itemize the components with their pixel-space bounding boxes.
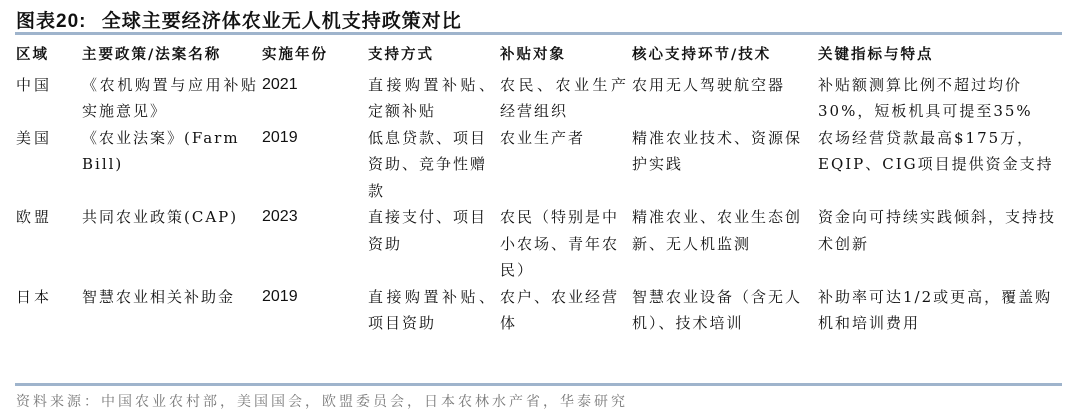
cell-target: 农民、农业生产经营组织 bbox=[498, 72, 630, 125]
cell-year: 2023 bbox=[260, 204, 366, 284]
table-row: 欧盟 共同农业政策(CAP) 2023 直接支付、项目资助 农民（特别是中小农场… bbox=[14, 204, 1064, 284]
title-rule bbox=[15, 32, 1062, 35]
figure-number: 20: bbox=[56, 11, 86, 32]
cell-policy: 智慧农业相关补助金 bbox=[80, 284, 260, 337]
cell-key: 补助率可达1/2或更高，覆盖购机和培训费用 bbox=[816, 284, 1064, 337]
header-key: 关键指标与特点 bbox=[816, 38, 1064, 72]
policy-comparison-table: 区域 主要政策/法案名称 实施年份 支持方式 补贴对象 核心支持环节/技术 关键… bbox=[14, 38, 1064, 337]
cell-target: 农业生产者 bbox=[498, 125, 630, 205]
cell-policy: 《农业法案》(Farm Bill) bbox=[80, 125, 260, 205]
cell-tech: 智慧农业设备（含无人机）、技术培训 bbox=[630, 284, 816, 337]
cell-target: 农户、农业经营体 bbox=[498, 284, 630, 337]
table-row: 日本 智慧农业相关补助金 2019 直接购置补贴、项目资助 农户、农业经营体 智… bbox=[14, 284, 1064, 337]
cell-year: 2019 bbox=[260, 125, 366, 205]
cell-key: 补贴额测算比例不超过均价30%，短板机具可提至35% bbox=[816, 72, 1064, 125]
cell-policy: 共同农业政策(CAP) bbox=[80, 204, 260, 284]
cell-year: 2021 bbox=[260, 72, 366, 125]
cell-support: 直接购置补贴、定额补贴 bbox=[366, 72, 498, 125]
cell-target: 农民（特别是中小农场、青年农民） bbox=[498, 204, 630, 284]
cell-region: 中国 bbox=[14, 72, 80, 125]
cell-year: 2019 bbox=[260, 284, 366, 337]
cell-region: 日本 bbox=[14, 284, 80, 337]
cell-key: 资金向可持续实践倾斜，支持技术创新 bbox=[816, 204, 1064, 284]
header-year: 实施年份 bbox=[260, 38, 366, 72]
cell-region: 欧盟 bbox=[14, 204, 80, 284]
cell-support: 低息贷款、项目资助、竞争性赠款 bbox=[366, 125, 498, 205]
header-policy: 主要政策/法案名称 bbox=[80, 38, 260, 72]
bottom-rule bbox=[15, 383, 1062, 386]
figure-title-text: 全球主要经济体农业无人机支持政策对比 bbox=[102, 10, 462, 32]
header-tech: 核心支持环节/技术 bbox=[630, 38, 816, 72]
source-note: 资料来源：中国农业农村部，美国国会，欧盟委员会，日本农林水产省，华泰研究 bbox=[16, 391, 628, 411]
cell-policy: 《农机购置与应用补贴实施意见》 bbox=[80, 72, 260, 125]
header-support: 支持方式 bbox=[366, 38, 498, 72]
header-region: 区域 bbox=[14, 38, 80, 72]
header-target: 补贴对象 bbox=[498, 38, 630, 72]
cell-support: 直接购置补贴、项目资助 bbox=[366, 284, 498, 337]
cell-tech: 精准农业技术、资源保护实践 bbox=[630, 125, 816, 205]
cell-support: 直接支付、项目资助 bbox=[366, 204, 498, 284]
cell-key: 农场经营贷款最高$175万，EQIP、CIG项目提供资金支持 bbox=[816, 125, 1064, 205]
table-row: 中国 《农机购置与应用补贴实施意见》 2021 直接购置补贴、定额补贴 农民、农… bbox=[14, 72, 1064, 125]
table-row: 美国 《农业法案》(Farm Bill) 2019 低息贷款、项目资助、竞争性赠… bbox=[14, 125, 1064, 205]
cell-tech: 精准农业、农业生态创新、无人机监测 bbox=[630, 204, 816, 284]
figure-title: 图表20: 全球主要经济体农业无人机支持政策对比 bbox=[16, 6, 462, 33]
cell-tech: 农用无人驾驶航空器 bbox=[630, 72, 816, 125]
cell-region: 美国 bbox=[14, 125, 80, 205]
figure-title-prefix: 图表 bbox=[16, 10, 56, 32]
table-header-row: 区域 主要政策/法案名称 实施年份 支持方式 补贴对象 核心支持环节/技术 关键… bbox=[14, 38, 1064, 72]
